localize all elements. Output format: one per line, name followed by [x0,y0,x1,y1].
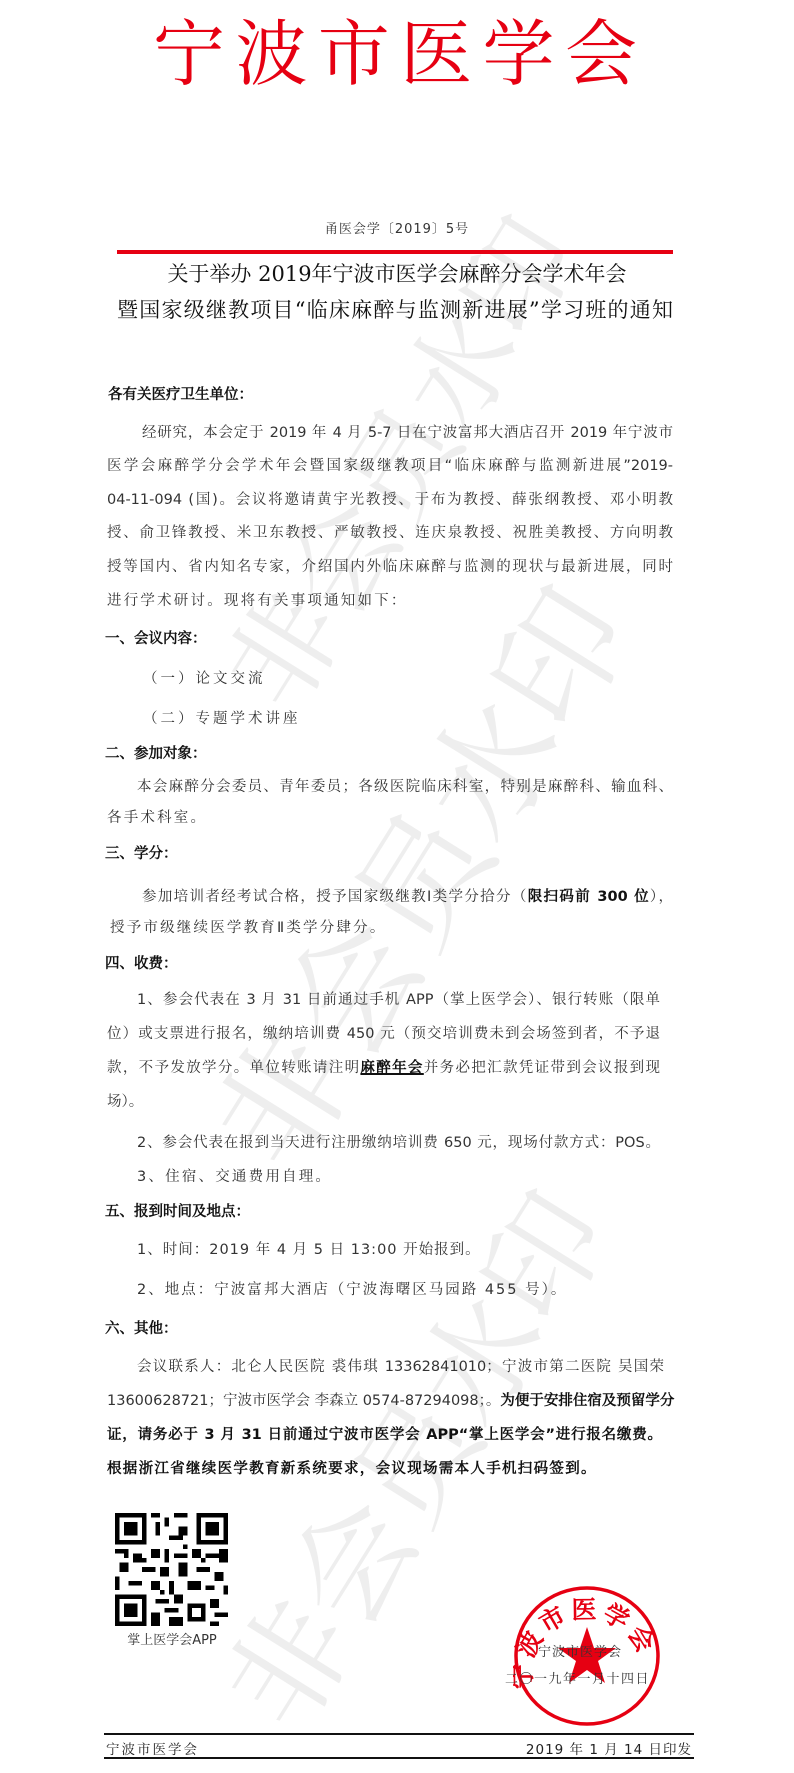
masthead-char: 会 [562,14,640,94]
contact-line: 13600628721；宁波市医学会 李森立 0574-87294098；。为便… [107,1391,667,1411]
qr-code-label: 掌上医学会APP [112,1629,232,1648]
footer-bottom-rule [104,1757,694,1759]
section-text-line: 本会麻醉分会委员、青年委员；各级医院临床科室，特别是麻醉科、输血科、 [137,777,673,797]
intro-line: 进行学术研讨。现将有关事项通知如下： [107,591,673,611]
contact-line: 会议联系人：北仑人民医院 裘伟琪 13362841010；宁波市第二医院 吴国荣 [137,1357,664,1377]
registration-location: 2、地点：宁波富邦大酒店（宁波海曙区马园路 455 号）。 [137,1280,703,1300]
masthead-char: 学 [480,14,558,94]
intro-line: 医学会麻醉学分会学术年会暨国家级继教项目“临床麻醉与监测新进展”2019- [107,456,673,476]
red-divider [117,250,673,254]
intro-line: 经研究，本会定于 2019 年 4 月 5-7 日在宁波富邦大酒店召开 2019… [142,423,673,443]
registration-time: 1、时间：2019 年 4 月 5 日 13:00 开始报到。 [137,1240,703,1260]
title-line-1: 关于举办 2019年宁波市医学会麻醉分会学术年会 [0,258,794,288]
section-text-line: 授予市级继续医学教育Ⅱ类学分肆分。 [110,918,676,938]
registration-notice-bold: 证，请务必于 3 月 31 日前通过宁波市医学会 APP“掌上医学会”进行报名缴… [107,1425,662,1445]
contact-text: 13600628721；宁波市医学会 李森立 0574-87294098；。 [107,1393,500,1409]
qr-code-icon[interactable] [115,1513,228,1626]
credits-text: ）， [650,889,673,905]
masthead-char: 波 [232,14,310,94]
credits-limit-bold: 限扫码前 300 位 [528,889,650,905]
section-text-line: 各手术科室。 [107,808,673,828]
section-heading-other: 六、其他： [105,1317,178,1338]
fees-line: 3、住宿、交通费用自理。 [137,1167,703,1187]
intro-line: 04-11-094 (国)。会议将邀请黄宇光教授、于布为教授、薛张纲教授、邓小明… [107,490,673,510]
section-heading-fees: 四、收费： [105,952,178,973]
title-line-2: 暨国家级继教项目“临床麻醉与监测新进展”学习班的通知 [117,294,673,324]
salutation: 各有关医疗卫生单位： [108,383,253,404]
signature-date: 二〇一九年一月十四日 [505,1668,650,1687]
masthead-char: 宁 [150,14,228,94]
fees-line: 款，不予发放学分。单位转账请注明麻醉年会并务必把汇款凭证带到会议报到现 [107,1058,660,1078]
fees-line: 位）或支票进行报名，缴纳培训费 450 元（预交培训费未到会场签到者，不予退 [107,1024,660,1044]
fees-text: 并务必把汇款凭证带到会议报到现 [424,1060,660,1076]
footer-top-rule [104,1733,694,1735]
masthead-char: 市 [315,14,393,94]
masthead-char: 医 [397,14,475,94]
footer-issuer: 宁波市医学会 [106,1738,199,1758]
fees-line: 2、参会代表在报到当天进行注册缴纳培训费 650 元，现场付款方式：POS。 [137,1133,660,1153]
document-number: 甬医会学〔2019〕5号 [0,218,794,237]
section-text-line: 参加培训者经考试合格，授予国家级继教Ⅰ类学分拾分（限扫码前 300 位）， [142,887,673,907]
footer-issue-date: 2019 年 1 月 14 日印发 [526,1738,692,1758]
fees-line: 1、参会代表在 3 月 31 日前通过手机 APP（掌上医学会）、银行转账（限单 [137,990,660,1010]
list-item: （二）专题学术讲座 [143,707,301,728]
intro-line: 授、俞卫锋教授、米卫东教授、严敏教授、连庆泉教授、祝胜美教授、方向明教 [107,523,673,543]
registration-notice-bold: 为便于安排住宿及预留学分 [500,1393,674,1409]
fees-text: 款，不予发放学分。单位转账请注明 [107,1060,360,1076]
masthead-org-name: 宁 波 市 医 学 会 [150,14,640,94]
fees-remark-bold: 麻醉年会 [360,1060,423,1076]
list-item: （一）论文交流 [143,667,266,688]
credits-text: 参加培训者经考试合格，授予国家级继教Ⅰ类学分拾分（ [142,889,528,905]
checkin-notice-bold: 根据浙江省继续医学教育新系统要求，会议现场需本人手机扫码签到。 [107,1459,673,1479]
section-heading-credits: 三、学分： [105,842,178,863]
fees-line: 场）。 [107,1092,673,1112]
intro-line: 授等国内、省内知名专家，介绍国内外临床麻醉与监测的现状与最新进展，同时 [107,557,673,577]
section-heading-participants: 二、参加对象： [105,742,207,763]
signature-org: 宁波市医学会 [538,1641,622,1660]
section-heading-registration: 五、报到时间及地点： [105,1200,250,1221]
section-heading-meeting-content: 一、会议内容： [105,627,207,648]
